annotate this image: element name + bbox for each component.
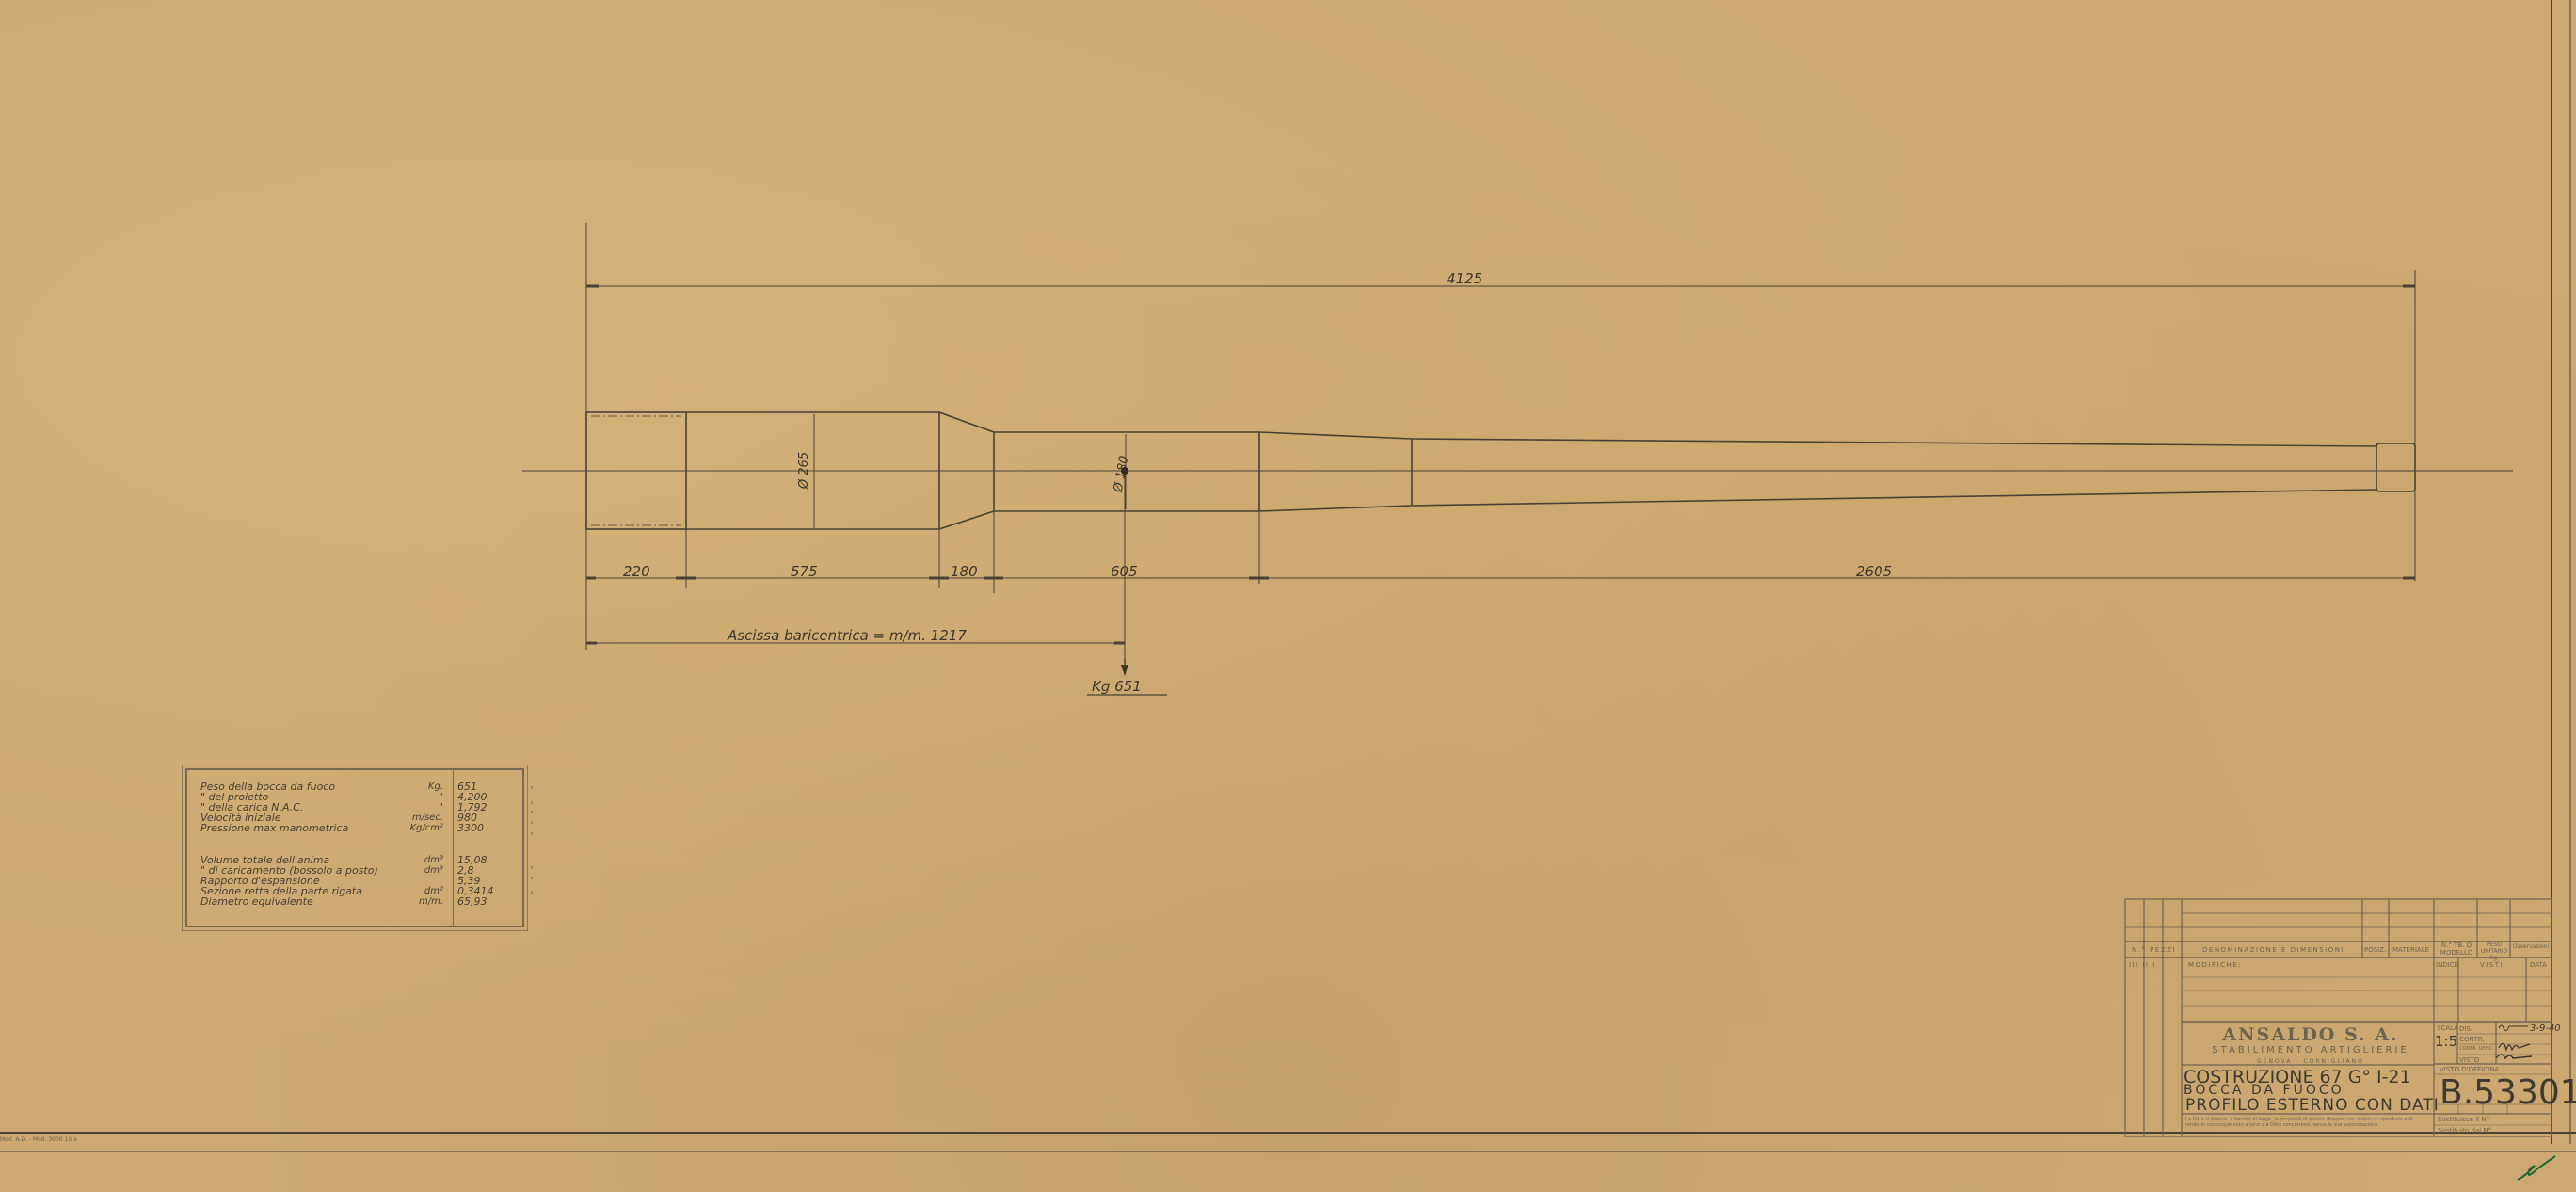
segment-dimension-2605: 2605	[1856, 563, 1892, 580]
row-unit: "	[439, 792, 443, 802]
row-unit: "	[439, 802, 443, 813]
contr-uffic-label: CONTR. UFFIC.	[2459, 1046, 2494, 1052]
gun-barrel-profile-drawing	[0, 0, 2576, 1192]
header-posiz: POSIZ.	[2364, 946, 2386, 954]
header-data: DATA	[2530, 961, 2547, 969]
header-denominazione: DENOMINAZIONE E DIMENSIONI	[2202, 946, 2344, 954]
visto-officina-label: VISTO D'OFFICINA	[2440, 1066, 2499, 1073]
plant-city: GENOVA - CORNIGLIANO	[2184, 1058, 2438, 1065]
company-name: ANSALDO S. A.	[2184, 1024, 2438, 1045]
header-peso: PESO UNITARIO Kg.	[2478, 942, 2510, 961]
overall-length-dimension: 4125	[1447, 270, 1482, 287]
row-label: Pressione max manometrica	[200, 823, 348, 833]
scale-value: 1:5	[2435, 1033, 2457, 1050]
drawing-date: 3-9-40	[2530, 1023, 2561, 1034]
header-visti: VISTI	[2480, 961, 2504, 969]
header-indice: INDICE	[2436, 961, 2458, 969]
weight-label: Kg 651	[1092, 678, 1142, 695]
legal-notice: La Ditta si riserva, a termini di legge,…	[2185, 1117, 2430, 1128]
header-materiale: MATERIALE	[2392, 946, 2429, 954]
dis-label: DIS.	[2459, 1025, 2472, 1033]
header-mod-cols: III II I	[2129, 961, 2156, 969]
diameter-breech-dimension: Ø 265	[797, 452, 811, 489]
row-label: Diametro equivalente	[200, 896, 313, 907]
row-unit: m/m.	[419, 896, 443, 907]
header-modifiche: MODIFICHE:	[2188, 961, 2242, 969]
table-row: Pressione max manometricaKg/cm²3300	[187, 823, 522, 833]
ballistic-data-table: Peso della bocca da fuocoKg.651 " del pr…	[185, 768, 524, 927]
drawing-title-description: PROFILO ESTERNO CON DATI	[2185, 1096, 2440, 1115]
header-osservazioni: Osservazioni	[2511, 943, 2551, 950]
segment-dimension-575: 575	[791, 563, 818, 580]
row-value: 65,93	[457, 896, 488, 907]
segment-dimension-180: 180	[951, 563, 978, 580]
segment-dimension-220: 220	[623, 563, 650, 580]
header-n-pezzi: N.° PEZZI	[2132, 946, 2176, 954]
margin-note: Mod. A.D. - Mod. 3000 10 a	[0, 1136, 77, 1143]
scale-label: SCALA	[2437, 1024, 2458, 1032]
row-unit: dm³	[424, 865, 443, 876]
row-unit: m/sec.	[412, 813, 443, 823]
segment-dimension-605: 605	[1111, 563, 1138, 580]
visto-label: VISTO	[2459, 1056, 2479, 1064]
row-unit: dm³	[424, 855, 443, 865]
row-value: 3300	[457, 823, 484, 833]
row-unit: Kg.	[428, 781, 443, 792]
row-unit: dm²	[424, 886, 443, 896]
center-of-gravity-label: Ascissa baricentrica = m/m. 1217	[728, 627, 967, 644]
drawing-number: B.53301	[2440, 1073, 2576, 1112]
row-unit: Kg/cm²	[409, 823, 443, 833]
header-n-tab: N.° TB. O MODELLO	[2436, 942, 2477, 957]
sostituisce-label: Sostituisce il N°	[2438, 1116, 2489, 1123]
contr-label: CONTR.	[2459, 1036, 2485, 1043]
table-row: Diametro equivalentem/m.65,93	[187, 896, 522, 907]
sostituito-label: Sostituito dal N°	[2438, 1127, 2491, 1135]
plant-name: STABILIMENTO ARTIGLIERIE	[2184, 1045, 2438, 1055]
